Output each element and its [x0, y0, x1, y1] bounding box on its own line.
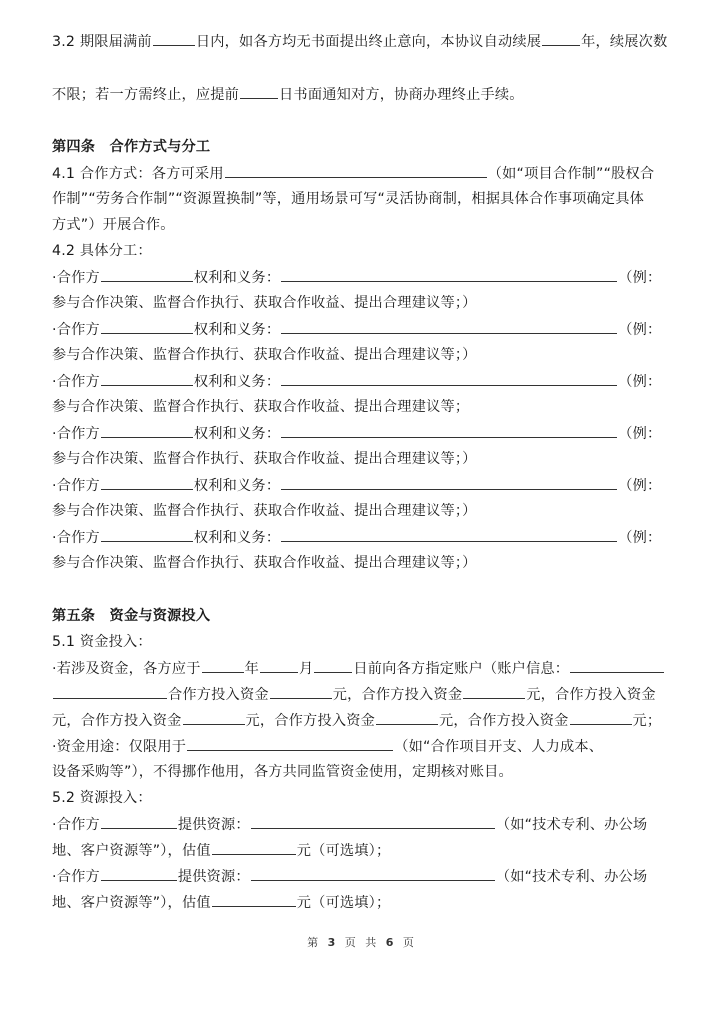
party-name-blank[interactable]: [101, 371, 193, 386]
clause-3-2-line-1: 3.2 期限届满前日内，如各方均无书面提出终止意向，本协议自动续展年，续展次数: [52, 31, 672, 52]
text: （例：: [618, 374, 661, 390]
party-name-blank[interactable]: [101, 319, 193, 334]
account-info-blank-cont[interactable]: [53, 684, 167, 699]
party-3-example: 参与合作决策、监督合作执行、获取合作收益、提出合理建议等；: [52, 397, 672, 417]
usage-line-2: 设备采购等”），不得挪作他用，各方共同监管资金使用，定期核对账目。: [52, 762, 672, 782]
text: ·合作方: [52, 270, 100, 286]
text: 4.1 合作方式：各方可采用: [52, 166, 224, 182]
fund-line-2: 合作方投入资金元，合作方投入资金元，合作方投入资金: [52, 684, 672, 705]
cooperation-mode-blank[interactable]: [225, 163, 487, 178]
party-6-line: ·合作方权利和义务：（例：: [52, 527, 672, 548]
page-footer: 第 3 页 共 6 页: [0, 934, 724, 950]
text: ·合作方: [52, 478, 100, 494]
text: （如“技术专利、办公场: [496, 869, 647, 885]
document-page: 3.2 期限届满前日内，如各方均无书面提出终止意向，本协议自动续展年，续展次数 …: [0, 0, 724, 1024]
resource-blank[interactable]: [251, 814, 495, 829]
text: 元，: [246, 713, 275, 729]
party-5-line: ·合作方权利和义务：（例：: [52, 475, 672, 496]
article-5-heading: 第五条 资金与资源投入: [52, 606, 672, 626]
clause-4-1-line-3: 方式”）开展合作。: [52, 215, 672, 235]
clause-5-1-title: 5.1 资金投入：: [52, 632, 672, 652]
amount-blank[interactable]: [183, 710, 245, 725]
month-blank[interactable]: [260, 658, 298, 673]
text: 合作方投入资金: [81, 713, 182, 729]
text: 提供资源：: [178, 869, 250, 885]
party-5-example: 参与合作决策、监督合作执行、获取合作收益、提出合理建议等；）: [52, 501, 672, 521]
text: 权利和义务：: [194, 530, 280, 546]
text: 元，: [333, 687, 362, 703]
text: 提供资源：: [178, 817, 250, 833]
text: ·合作方: [52, 817, 100, 833]
text: 年: [245, 661, 259, 677]
party-2-example: 参与合作决策、监督合作执行、获取合作收益、提出合理建议等；）: [52, 345, 672, 365]
text: 权利和义务：: [194, 426, 280, 442]
text: 元；: [633, 713, 662, 729]
day-blank[interactable]: [314, 658, 352, 673]
rights-blank[interactable]: [281, 527, 617, 542]
party-6-example: 参与合作决策、监督合作执行、获取合作收益、提出合理建议等；）: [52, 553, 672, 573]
text: （如“技术专利、办公场: [496, 817, 647, 833]
text: （例：: [618, 270, 661, 286]
party-name-blank[interactable]: [101, 423, 193, 438]
text: ·资金用途：仅限用于: [52, 739, 186, 755]
text: 元，: [52, 713, 81, 729]
text: ·合作方: [52, 530, 100, 546]
fund-line-3: 元，合作方投入资金元，合作方投入资金元，合作方投入资金元；: [52, 710, 672, 731]
valuation-blank[interactable]: [212, 892, 296, 907]
text: 元（可选填）；: [297, 895, 391, 911]
text: 权利和义务：: [194, 322, 280, 338]
text: （例：: [618, 530, 661, 546]
clause-4-1-line-1: 4.1 合作方式：各方可采用（如“项目合作制”“股权合: [52, 163, 672, 184]
party-4-line: ·合作方权利和义务：（例：: [52, 423, 672, 444]
article-4-heading: 第四条 合作方式与分工: [52, 137, 672, 157]
text: 合作方投入资金: [274, 713, 375, 729]
amount-blank[interactable]: [570, 710, 632, 725]
text: 元，: [526, 687, 555, 703]
text: 地、客户资源等”），估值: [52, 843, 211, 859]
text: 合作方投入资金: [362, 687, 463, 703]
year-blank[interactable]: [202, 658, 244, 673]
text: 合作方投入资金: [555, 687, 656, 703]
resource-1-line-2: 地、客户资源等”），估值元（可选填）；: [52, 840, 672, 861]
clause-5-2-title: 5.2 资源投入：: [52, 788, 672, 808]
rights-blank[interactable]: [281, 475, 617, 490]
rights-blank[interactable]: [281, 267, 617, 282]
clause-4-2-title: 4.2 具体分工：: [52, 241, 672, 261]
party-name-blank[interactable]: [101, 814, 177, 829]
notice-days-blank[interactable]: [240, 84, 278, 99]
text: 权利和义务：: [194, 270, 280, 286]
resource-2-line: ·合作方提供资源：（如“技术专利、办公场: [52, 866, 672, 887]
text: 合作方投入资金: [468, 713, 569, 729]
party-2-line: ·合作方权利和义务：（例：: [52, 319, 672, 340]
rights-blank[interactable]: [281, 371, 617, 386]
amount-blank[interactable]: [463, 684, 525, 699]
party-name-blank[interactable]: [101, 475, 193, 490]
text: （例：: [618, 426, 661, 442]
party-name-blank[interactable]: [101, 527, 193, 542]
valuation-blank[interactable]: [212, 840, 296, 855]
text: 合作方投入资金: [168, 687, 269, 703]
account-info-blank[interactable]: [570, 658, 664, 673]
fund-line-1: ·若涉及资金，各方应于年月日前向各方指定账户（账户信息：: [52, 658, 672, 679]
clause-4-1-line-2: 作制”“劳务合作制”“资源置换制”等，通用场景可写“灵活协商制，相据具体合作事项…: [52, 189, 672, 209]
party-4-example: 参与合作决策、监督合作执行、获取合作收益、提出合理建议等；）: [52, 449, 672, 469]
text: （例：: [618, 478, 661, 494]
page-label: 第: [307, 936, 321, 949]
usage-blank[interactable]: [187, 736, 393, 751]
clause-3-2-line-2: 不限；若一方需终止，应提前日书面通知对方，协商办理终止手续。: [52, 84, 672, 105]
text: 日内，如各方均无书面提出终止意向，本协议自动续展: [196, 34, 541, 50]
resource-blank[interactable]: [251, 866, 495, 881]
party-1-example: 参与合作决策、监督合作执行、获取合作收益、提出合理建议等；）: [52, 293, 672, 313]
text: （如“合作项目开支、人力成本、: [394, 739, 603, 755]
text: 元（可选填）；: [297, 843, 391, 859]
text: 日前向各方指定账户（账户信息：: [353, 661, 569, 677]
text: （例：: [618, 322, 661, 338]
current-page-number: 3: [328, 936, 339, 949]
text: 权利和义务：: [194, 374, 280, 390]
resource-1-line: ·合作方提供资源：（如“技术专利、办公场: [52, 814, 672, 835]
text: 地、客户资源等”），估值: [52, 895, 211, 911]
party-name-blank[interactable]: [101, 866, 177, 881]
total-page-number: 6: [386, 936, 397, 949]
rights-blank[interactable]: [281, 319, 617, 334]
resource-2-line-2: 地、客户资源等”），估值元（可选填）；: [52, 892, 672, 913]
text: ·合作方: [52, 322, 100, 338]
party-3-line: ·合作方权利和义务：（例：: [52, 371, 672, 392]
amount-blank[interactable]: [270, 684, 332, 699]
party-name-blank[interactable]: [101, 267, 193, 282]
text: ·合作方: [52, 426, 100, 442]
days-blank[interactable]: [153, 31, 195, 46]
text: （如“项目合作制”“股权合: [488, 166, 655, 182]
text: ·合作方: [52, 869, 100, 885]
page-label: 页: [403, 936, 417, 949]
rights-blank[interactable]: [281, 423, 617, 438]
amount-blank[interactable]: [376, 710, 438, 725]
text: 3.2 期限届满前: [52, 34, 152, 50]
text: 权利和义务：: [194, 478, 280, 494]
text: 月: [299, 661, 313, 677]
text: ·若涉及资金，各方应于: [52, 661, 201, 677]
usage-line-1: ·资金用途：仅限用于（如“合作项目开支、人力成本、: [52, 736, 672, 757]
page-label: 页 共: [345, 936, 380, 949]
party-1-line: ·合作方权利和义务：（例：: [52, 267, 672, 288]
text: 日书面通知对方，协商办理终止手续。: [279, 87, 524, 103]
text: 年，续展次数: [581, 34, 667, 50]
text: ·合作方: [52, 374, 100, 390]
text: 元，: [439, 713, 468, 729]
text: 不限；若一方需终止，应提前: [52, 87, 239, 103]
years-blank[interactable]: [542, 31, 580, 46]
